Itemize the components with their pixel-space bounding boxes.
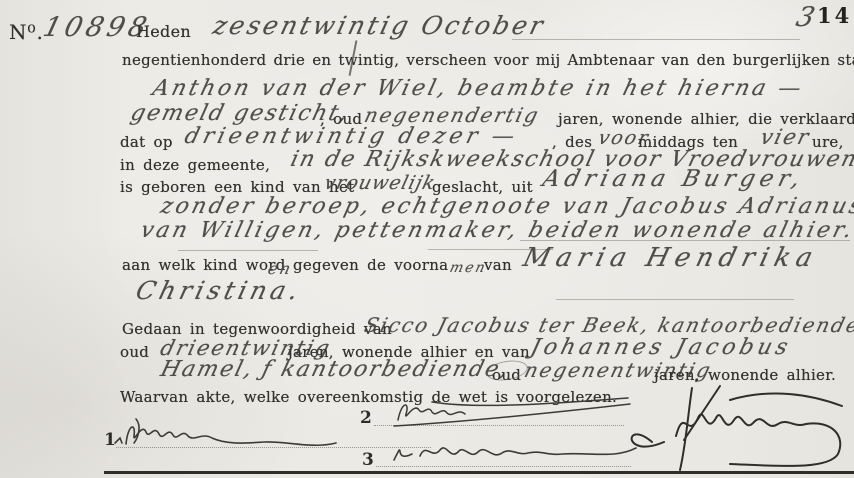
printed-jaren-wonende-2: jaren, wonende alhier. bbox=[654, 366, 836, 384]
printed-in-deze-gemeente: in deze gemeente, bbox=[120, 156, 270, 174]
bottom-border-rule bbox=[104, 471, 854, 474]
printed-year-line: negentienhonderd drie en twintig, versch… bbox=[122, 51, 854, 69]
printed-gegeven-voorna: gegeven de voorna bbox=[293, 256, 448, 274]
act-number-label: N⁰. bbox=[9, 20, 44, 44]
handwritten-date: zesentwintig October bbox=[210, 11, 549, 40]
printed-heden: Heden bbox=[136, 22, 191, 41]
printed-aan-welk-kind: aan welk kind word bbox=[122, 256, 286, 274]
handwritten-birth-hour: vier bbox=[758, 125, 813, 149]
handwritten-child-names-2: Christina. bbox=[133, 276, 305, 305]
handwritten-witness2-line1: Johannes Jacobus bbox=[528, 335, 794, 360]
handwritten-men-suffix: men bbox=[448, 260, 489, 276]
fill-line-segment-left bbox=[178, 250, 318, 251]
signature-number-2: 2 bbox=[360, 408, 372, 428]
fill-line-names bbox=[556, 299, 794, 300]
folio-number-handwritten: 3 bbox=[793, 2, 820, 33]
handwritten-declarant-name: Anthon van der Wiel, beambte in het hier… bbox=[150, 76, 807, 101]
fill-line-mother bbox=[520, 240, 850, 241]
printed-van: van bbox=[484, 256, 512, 274]
handwritten-mother-name: Adriana Burger, bbox=[540, 166, 808, 192]
handwritten-child-names-1: Maria Hendrika bbox=[520, 243, 822, 273]
handwritten-mother-line2: zonder beroep, echtgenoote van Jacobus A… bbox=[158, 194, 854, 219]
printed-dat-op: dat op bbox=[120, 133, 173, 151]
folio-number-printed: 14 bbox=[817, 3, 852, 28]
fill-line-date bbox=[512, 39, 800, 40]
registrar-signature bbox=[580, 384, 854, 476]
handwritten-witness1: Sicco Jacobus ter Beek, kantoorbediende, bbox=[362, 313, 854, 337]
handwritten-gemeld-gesticht: gemeld gesticht, bbox=[128, 101, 352, 126]
handwritten-geslacht: vrouwelijk bbox=[322, 172, 438, 194]
birth-record-scan: N⁰. 10898 Heden zesentwintig October 3 1… bbox=[0, 0, 854, 478]
declarant-signature bbox=[112, 416, 342, 456]
handwritten-witness2-line2: Hamel, ƒ kantoorbediende, bbox=[158, 357, 513, 382]
handwritten-birth-day: drieentwintig dezer — bbox=[182, 124, 521, 149]
signature-number-3: 3 bbox=[362, 450, 374, 470]
printed-oud-witness1: oud bbox=[120, 343, 149, 361]
